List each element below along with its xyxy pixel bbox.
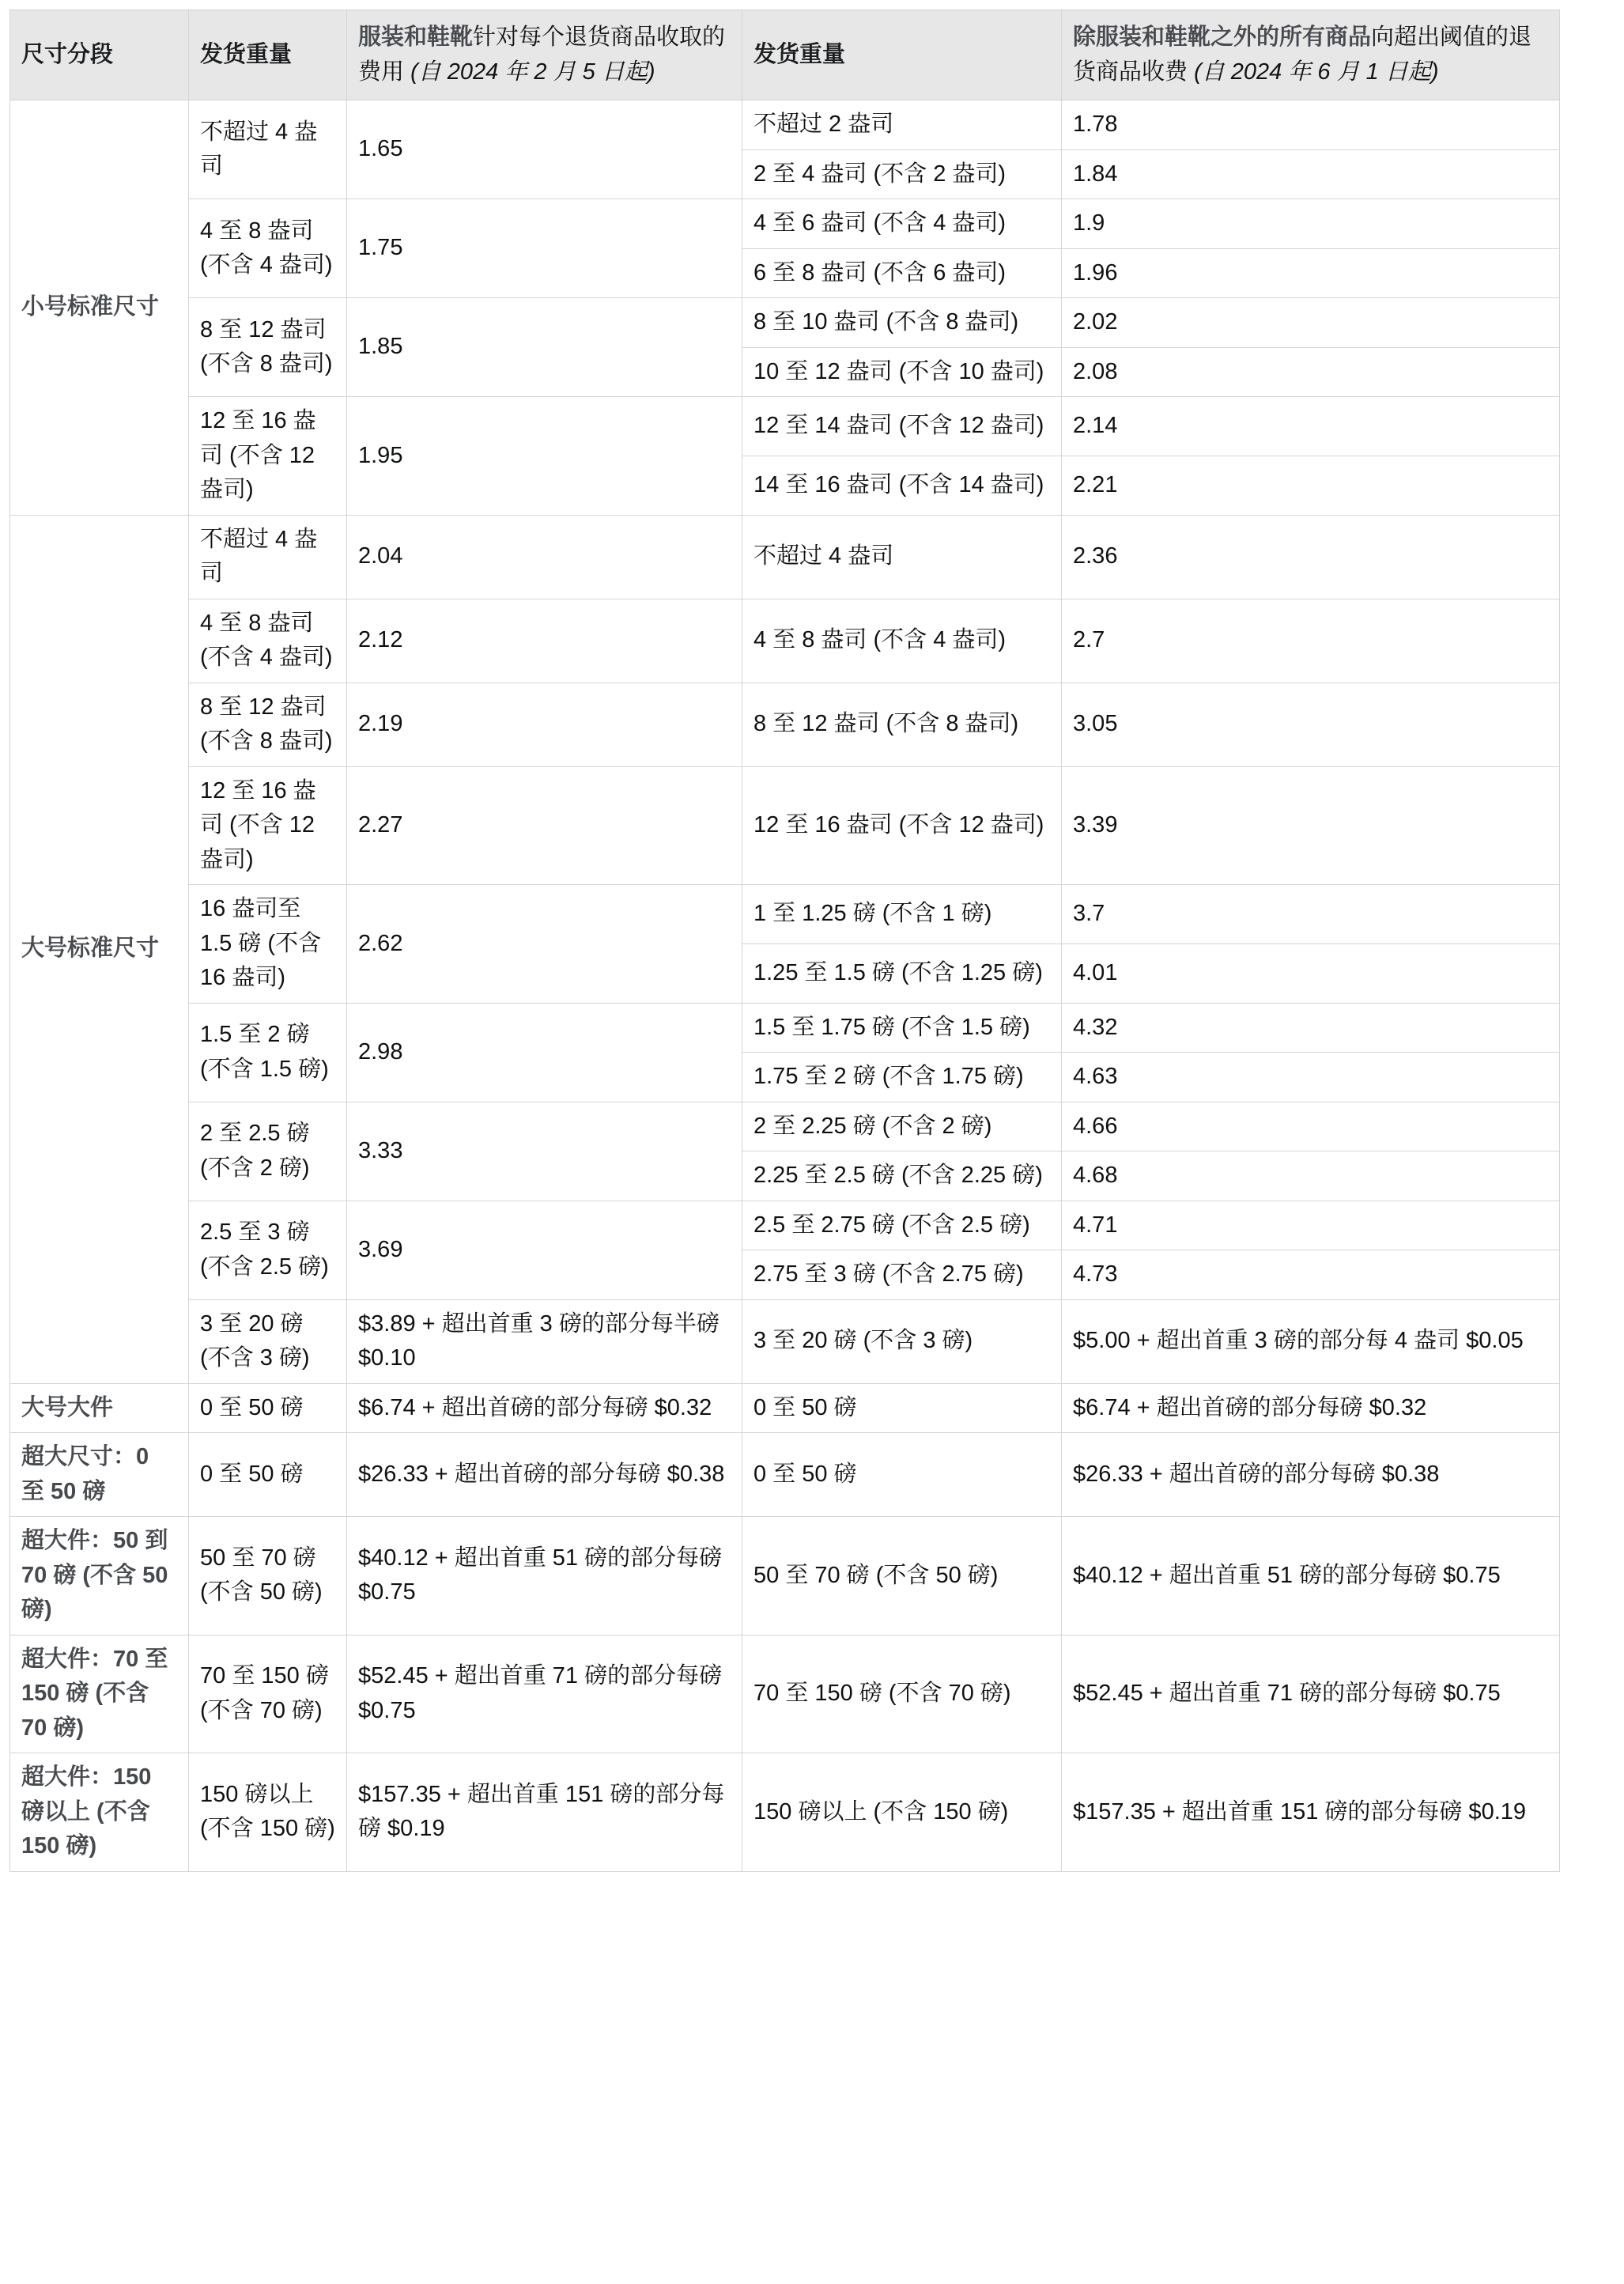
size-tier-cell: 超大件：150 磅以上 (不含 150 磅) bbox=[10, 1753, 189, 1872]
returns-fee-table: 尺寸分段 发货重量 服装和鞋靴针对每个退货商品收取的费用 (自 2024 年 2… bbox=[9, 9, 1560, 1872]
apparel-fee-cell: 2.04 bbox=[347, 515, 742, 599]
table-row: 8 至 12 盎司 (不含 8 盎司) 1.85 8 至 10 盎司 (不含 8… bbox=[10, 298, 1560, 348]
header-shipping-weight-other: 发货重量 bbox=[742, 10, 1062, 100]
other-fee-cell: 4.63 bbox=[1062, 1053, 1560, 1102]
other-weight-cell: 1.5 至 1.75 磅 (不含 1.5 磅) bbox=[742, 1003, 1062, 1053]
apparel-fee-cell: $26.33 + 超出首磅的部分每磅 $0.38 bbox=[347, 1433, 742, 1517]
other-fee-cell: 2.08 bbox=[1062, 347, 1560, 397]
other-fee-cell: 4.66 bbox=[1062, 1102, 1560, 1151]
header-apparel-fee-bold: 服装和鞋靴 bbox=[358, 25, 473, 50]
other-fee-cell: 3.39 bbox=[1062, 766, 1560, 885]
apparel-fee-cell: 2.19 bbox=[347, 683, 742, 766]
other-fee-cell: 4.32 bbox=[1062, 1003, 1560, 1053]
apparel-fee-cell: $157.35 + 超出首重 151 磅的部分每磅 $0.19 bbox=[347, 1753, 742, 1872]
other-fee-cell: 1.84 bbox=[1062, 149, 1560, 199]
other-weight-cell: 4 至 6 盎司 (不含 4 盎司) bbox=[742, 199, 1062, 249]
apparel-fee-cell: 3.69 bbox=[347, 1201, 742, 1299]
apparel-fee-cell: 1.75 bbox=[347, 199, 742, 298]
table-row: 大号标准尺寸 不超过 4 盎司 2.04 不超过 4 盎司 2.36 bbox=[10, 515, 1560, 599]
apparel-weight-cell: 8 至 12 盎司 (不含 8 盎司) bbox=[189, 298, 347, 397]
table-row: 小号标准尺寸 不超过 4 盎司 1.65 不超过 2 盎司 1.78 bbox=[10, 100, 1560, 150]
apparel-weight-cell: 12 至 16 盎司 (不含 12 盎司) bbox=[189, 397, 347, 516]
other-weight-cell: 1.75 至 2 磅 (不含 1.75 磅) bbox=[742, 1053, 1062, 1102]
other-weight-cell: 10 至 12 盎司 (不含 10 盎司) bbox=[742, 347, 1062, 397]
apparel-fee-cell: 1.95 bbox=[347, 397, 742, 516]
other-weight-cell: 50 至 70 磅 (不含 50 磅) bbox=[742, 1517, 1062, 1635]
other-fee-cell: 2.02 bbox=[1062, 298, 1560, 348]
apparel-weight-cell: 70 至 150 磅 (不含 70 磅) bbox=[189, 1635, 347, 1753]
other-weight-cell: 14 至 16 盎司 (不含 14 盎司) bbox=[742, 456, 1062, 515]
apparel-fee-cell: 2.98 bbox=[347, 1003, 742, 1102]
other-weight-cell: 2 至 2.25 磅 (不含 2 磅) bbox=[742, 1102, 1062, 1151]
other-fee-cell: 4.01 bbox=[1062, 943, 1560, 1003]
other-weight-cell: 3 至 20 磅 (不含 3 磅) bbox=[742, 1299, 1062, 1383]
table-row: 4 至 8 盎司 (不含 4 盎司) 2.12 4 至 8 盎司 (不含 4 盎… bbox=[10, 599, 1560, 683]
header-shipping-weight-apparel: 发货重量 bbox=[189, 10, 347, 100]
other-fee-cell: 1.78 bbox=[1062, 100, 1560, 150]
apparel-weight-cell: 4 至 8 盎司 (不含 4 盎司) bbox=[189, 599, 347, 683]
table-row: 4 至 8 盎司 (不含 4 盎司) 1.75 4 至 6 盎司 (不含 4 盎… bbox=[10, 199, 1560, 249]
other-weight-cell: 0 至 50 磅 bbox=[742, 1383, 1062, 1433]
other-fee-cell: $40.12 + 超出首重 51 磅的部分每磅 $0.75 bbox=[1062, 1517, 1560, 1635]
other-fee-cell: 1.9 bbox=[1062, 199, 1560, 249]
other-fee-cell: 3.7 bbox=[1062, 885, 1560, 944]
other-fee-cell: 2.36 bbox=[1062, 515, 1560, 599]
other-weight-cell: 0 至 50 磅 bbox=[742, 1433, 1062, 1517]
header-apparel-fee-date: (自 2024 年 2 月 5 日起) bbox=[404, 59, 655, 85]
size-tier-cell: 超大件：70 至 150 磅 (不含 70 磅) bbox=[10, 1635, 189, 1753]
other-fee-cell: $26.33 + 超出首磅的部分每磅 $0.38 bbox=[1062, 1433, 1560, 1517]
other-fee-cell: $5.00 + 超出首重 3 磅的部分每 4 盎司 $0.05 bbox=[1062, 1299, 1560, 1383]
other-fee-cell: $6.74 + 超出首磅的部分每磅 $0.32 bbox=[1062, 1383, 1560, 1433]
apparel-weight-cell: 4 至 8 盎司 (不含 4 盎司) bbox=[189, 199, 347, 298]
other-fee-cell: 1.96 bbox=[1062, 248, 1560, 298]
apparel-weight-cell: 不超过 4 盎司 bbox=[189, 515, 347, 599]
other-weight-cell: 2 至 4 盎司 (不含 2 盎司) bbox=[742, 149, 1062, 199]
apparel-weight-cell: 0 至 50 磅 bbox=[189, 1383, 347, 1433]
apparel-weight-cell: 12 至 16 盎司 (不含 12 盎司) bbox=[189, 766, 347, 885]
apparel-fee-cell: $6.74 + 超出首磅的部分每磅 $0.32 bbox=[347, 1383, 742, 1433]
other-fee-cell: 3.05 bbox=[1062, 683, 1560, 766]
other-weight-cell: 不超过 2 盎司 bbox=[742, 100, 1062, 150]
table-row: 大号大件 0 至 50 磅 $6.74 + 超出首磅的部分每磅 $0.32 0 … bbox=[10, 1383, 1560, 1433]
apparel-fee-cell: 1.85 bbox=[347, 298, 742, 397]
apparel-weight-cell: 2.5 至 3 磅 (不含 2.5 磅) bbox=[189, 1201, 347, 1299]
table-row: 1.5 至 2 磅 (不含 1.5 磅) 2.98 1.5 至 1.75 磅 (… bbox=[10, 1003, 1560, 1053]
other-weight-cell: 12 至 16 盎司 (不含 12 盎司) bbox=[742, 766, 1062, 885]
other-weight-cell: 2.25 至 2.5 磅 (不含 2.25 磅) bbox=[742, 1151, 1062, 1201]
apparel-weight-cell: 0 至 50 磅 bbox=[189, 1433, 347, 1517]
apparel-fee-cell: 3.33 bbox=[347, 1102, 742, 1201]
other-fee-cell: 4.73 bbox=[1062, 1250, 1560, 1300]
size-tier-cell: 小号标准尺寸 bbox=[10, 100, 189, 516]
apparel-weight-cell: 1.5 至 2 磅 (不含 1.5 磅) bbox=[189, 1003, 347, 1102]
other-weight-cell: 1.25 至 1.5 磅 (不含 1.25 磅) bbox=[742, 943, 1062, 1003]
apparel-weight-cell: 150 磅以上 (不含 150 磅) bbox=[189, 1753, 347, 1872]
table-row: 超大尺寸：0 至 50 磅 0 至 50 磅 $26.33 + 超出首磅的部分每… bbox=[10, 1433, 1560, 1517]
table-row: 2 至 2.5 磅 (不含 2 磅) 3.33 2 至 2.25 磅 (不含 2… bbox=[10, 1102, 1560, 1151]
table-row: 16 盎司至 1.5 磅 (不含 16 盎司) 2.62 1 至 1.25 磅 … bbox=[10, 885, 1560, 944]
apparel-weight-cell: 不超过 4 盎司 bbox=[189, 100, 347, 199]
header-other-fee: 除服装和鞋靴之外的所有商品向超出阈值的退货商品收费 (自 2024 年 6 月 … bbox=[1062, 10, 1560, 100]
header-other-fee-date: (自 2024 年 6 月 1 日起) bbox=[1188, 59, 1439, 85]
apparel-weight-cell: 16 盎司至 1.5 磅 (不含 16 盎司) bbox=[189, 885, 347, 1004]
other-weight-cell: 70 至 150 磅 (不含 70 磅) bbox=[742, 1635, 1062, 1753]
table-row: 12 至 16 盎司 (不含 12 盎司) 2.27 12 至 16 盎司 (不… bbox=[10, 766, 1560, 885]
apparel-fee-cell: $3.89 + 超出首重 3 磅的部分每半磅 $0.10 bbox=[347, 1299, 742, 1383]
other-fee-cell: 2.14 bbox=[1062, 397, 1560, 456]
apparel-fee-cell: $52.45 + 超出首重 71 磅的部分每磅 $0.75 bbox=[347, 1635, 742, 1753]
other-weight-cell: 4 至 8 盎司 (不含 4 盎司) bbox=[742, 599, 1062, 683]
other-weight-cell: 6 至 8 盎司 (不含 6 盎司) bbox=[742, 248, 1062, 298]
apparel-fee-cell: 2.27 bbox=[347, 766, 742, 885]
table-row: 超大件：50 到 70 磅 (不含 50 磅) 50 至 70 磅 (不含 50… bbox=[10, 1517, 1560, 1635]
apparel-fee-cell: 2.12 bbox=[347, 599, 742, 683]
header-other-fee-bold: 除服装和鞋靴之外的所有商品 bbox=[1073, 25, 1371, 50]
apparel-fee-cell: 1.65 bbox=[347, 100, 742, 199]
other-weight-cell: 12 至 14 盎司 (不含 12 盎司) bbox=[742, 397, 1062, 456]
table-row: 3 至 20 磅 (不含 3 磅) $3.89 + 超出首重 3 磅的部分每半磅… bbox=[10, 1299, 1560, 1383]
header-apparel-fee: 服装和鞋靴针对每个退货商品收取的费用 (自 2024 年 2 月 5 日起) bbox=[347, 10, 742, 100]
apparel-weight-cell: 3 至 20 磅 (不含 3 磅) bbox=[189, 1299, 347, 1383]
other-fee-cell: 2.21 bbox=[1062, 456, 1560, 515]
header-size-tier: 尺寸分段 bbox=[10, 10, 189, 100]
table-header-row: 尺寸分段 发货重量 服装和鞋靴针对每个退货商品收取的费用 (自 2024 年 2… bbox=[10, 10, 1560, 100]
size-tier-cell: 大号标准尺寸 bbox=[10, 515, 189, 1383]
other-fee-cell: 4.68 bbox=[1062, 1151, 1560, 1201]
table-row: 超大件：150 磅以上 (不含 150 磅) 150 磅以上 (不含 150 磅… bbox=[10, 1753, 1560, 1872]
table-row: 12 至 16 盎司 (不含 12 盎司) 1.95 12 至 14 盎司 (不… bbox=[10, 397, 1560, 456]
other-weight-cell: 2.75 至 3 磅 (不含 2.75 磅) bbox=[742, 1250, 1062, 1300]
size-tier-cell: 超大件：50 到 70 磅 (不含 50 磅) bbox=[10, 1517, 189, 1635]
apparel-fee-cell: $40.12 + 超出首重 51 磅的部分每磅 $0.75 bbox=[347, 1517, 742, 1635]
apparel-weight-cell: 8 至 12 盎司 (不含 8 盎司) bbox=[189, 683, 347, 766]
size-tier-cell: 大号大件 bbox=[10, 1383, 189, 1433]
table-row: 2.5 至 3 磅 (不含 2.5 磅) 3.69 2.5 至 2.75 磅 (… bbox=[10, 1201, 1560, 1250]
table-row: 8 至 12 盎司 (不含 8 盎司) 2.19 8 至 12 盎司 (不含 8… bbox=[10, 683, 1560, 766]
size-tier-cell: 超大尺寸：0 至 50 磅 bbox=[10, 1433, 189, 1517]
other-weight-cell: 不超过 4 盎司 bbox=[742, 515, 1062, 599]
table-row: 超大件：70 至 150 磅 (不含 70 磅) 70 至 150 磅 (不含 … bbox=[10, 1635, 1560, 1753]
other-fee-cell: $157.35 + 超出首重 151 磅的部分每磅 $0.19 bbox=[1062, 1753, 1560, 1872]
apparel-fee-cell: 2.62 bbox=[347, 885, 742, 1004]
other-weight-cell: 1 至 1.25 磅 (不含 1 磅) bbox=[742, 885, 1062, 944]
other-weight-cell: 8 至 10 盎司 (不含 8 盎司) bbox=[742, 298, 1062, 348]
other-weight-cell: 150 磅以上 (不含 150 磅) bbox=[742, 1753, 1062, 1872]
other-fee-cell: $52.45 + 超出首重 71 磅的部分每磅 $0.75 bbox=[1062, 1635, 1560, 1753]
apparel-weight-cell: 2 至 2.5 磅 (不含 2 磅) bbox=[189, 1102, 347, 1201]
other-fee-cell: 4.71 bbox=[1062, 1201, 1560, 1250]
other-fee-cell: 2.7 bbox=[1062, 599, 1560, 683]
other-weight-cell: 8 至 12 盎司 (不含 8 盎司) bbox=[742, 683, 1062, 766]
apparel-weight-cell: 50 至 70 磅 (不含 50 磅) bbox=[189, 1517, 347, 1635]
other-weight-cell: 2.5 至 2.75 磅 (不含 2.5 磅) bbox=[742, 1201, 1062, 1250]
